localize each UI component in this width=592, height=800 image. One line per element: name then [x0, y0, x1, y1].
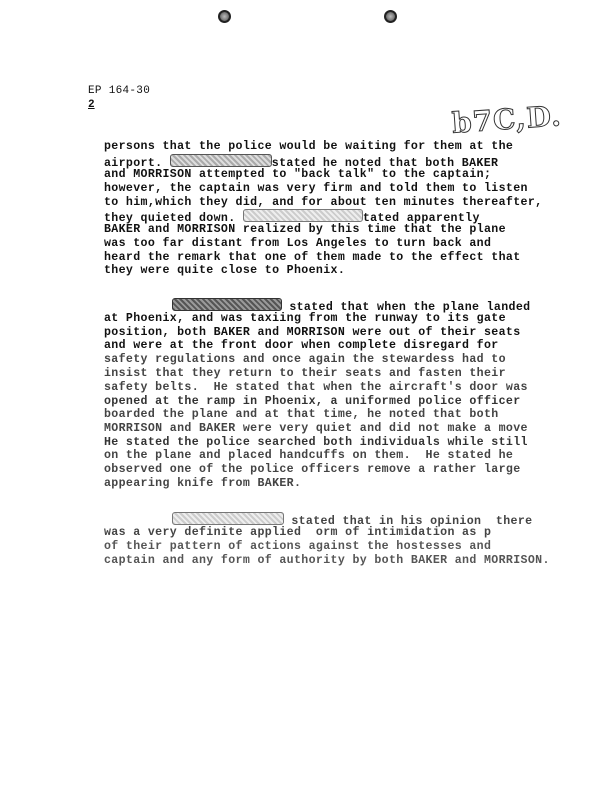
text-line: He stated the police searched both indiv…: [104, 436, 528, 449]
text-line: position, both BAKER and MORRISON were o…: [104, 326, 521, 339]
file-number: EP 164-30: [88, 85, 150, 97]
handwritten-annotation: b7C,D.: [451, 99, 563, 140]
text-line: at Phoenix, and was taxiing from the run…: [104, 312, 506, 325]
punch-hole-right: [384, 10, 397, 23]
text-line: boarded the plane and at that time, he n…: [104, 408, 499, 421]
text-line: captain and any form of authority by bot…: [104, 554, 550, 567]
text-line: safety belts. He stated that when the ai…: [104, 381, 528, 394]
text-line: was too far distant from Los Angeles to …: [104, 237, 491, 250]
redaction-block: [170, 154, 272, 167]
text-line: observed one of the police officers remo…: [104, 463, 521, 476]
redaction-block: [172, 298, 282, 311]
text-line: persons that the police would be waiting…: [104, 140, 513, 153]
text-line: and were at the front door when complete…: [104, 339, 499, 352]
text-line: BAKER and MORRISON realized by this time…: [104, 223, 506, 236]
text-line: appearing knife from BAKER.: [104, 477, 301, 490]
text-line: to him,which they did, and for about ten…: [104, 196, 542, 209]
redaction-block: [172, 512, 284, 525]
text-line: opened at the ramp in Phoenix, a uniform…: [104, 395, 521, 408]
text-line: MORRISON and BAKER were very quiet and d…: [104, 422, 528, 435]
text-line: they were quite close to Phoenix.: [104, 264, 345, 277]
page-number: 2: [88, 99, 95, 111]
text-line: and MORRISON attempted to "back talk" to…: [104, 168, 491, 181]
text-line: of their pattern of actions against the …: [104, 540, 491, 553]
text-line: on the plane and placed handcuffs on the…: [104, 449, 513, 462]
text-line: safety regulations and once again the st…: [104, 353, 506, 366]
punch-hole-left: [218, 10, 231, 23]
text-line: however, the captain was very firm and t…: [104, 182, 528, 195]
text-line: insist that they return to their seats a…: [104, 367, 506, 380]
redaction-block: [243, 209, 363, 222]
text-line: heard the remark that one of them made t…: [104, 251, 521, 264]
text-line: was a very definite applied orm of intim…: [104, 526, 491, 539]
